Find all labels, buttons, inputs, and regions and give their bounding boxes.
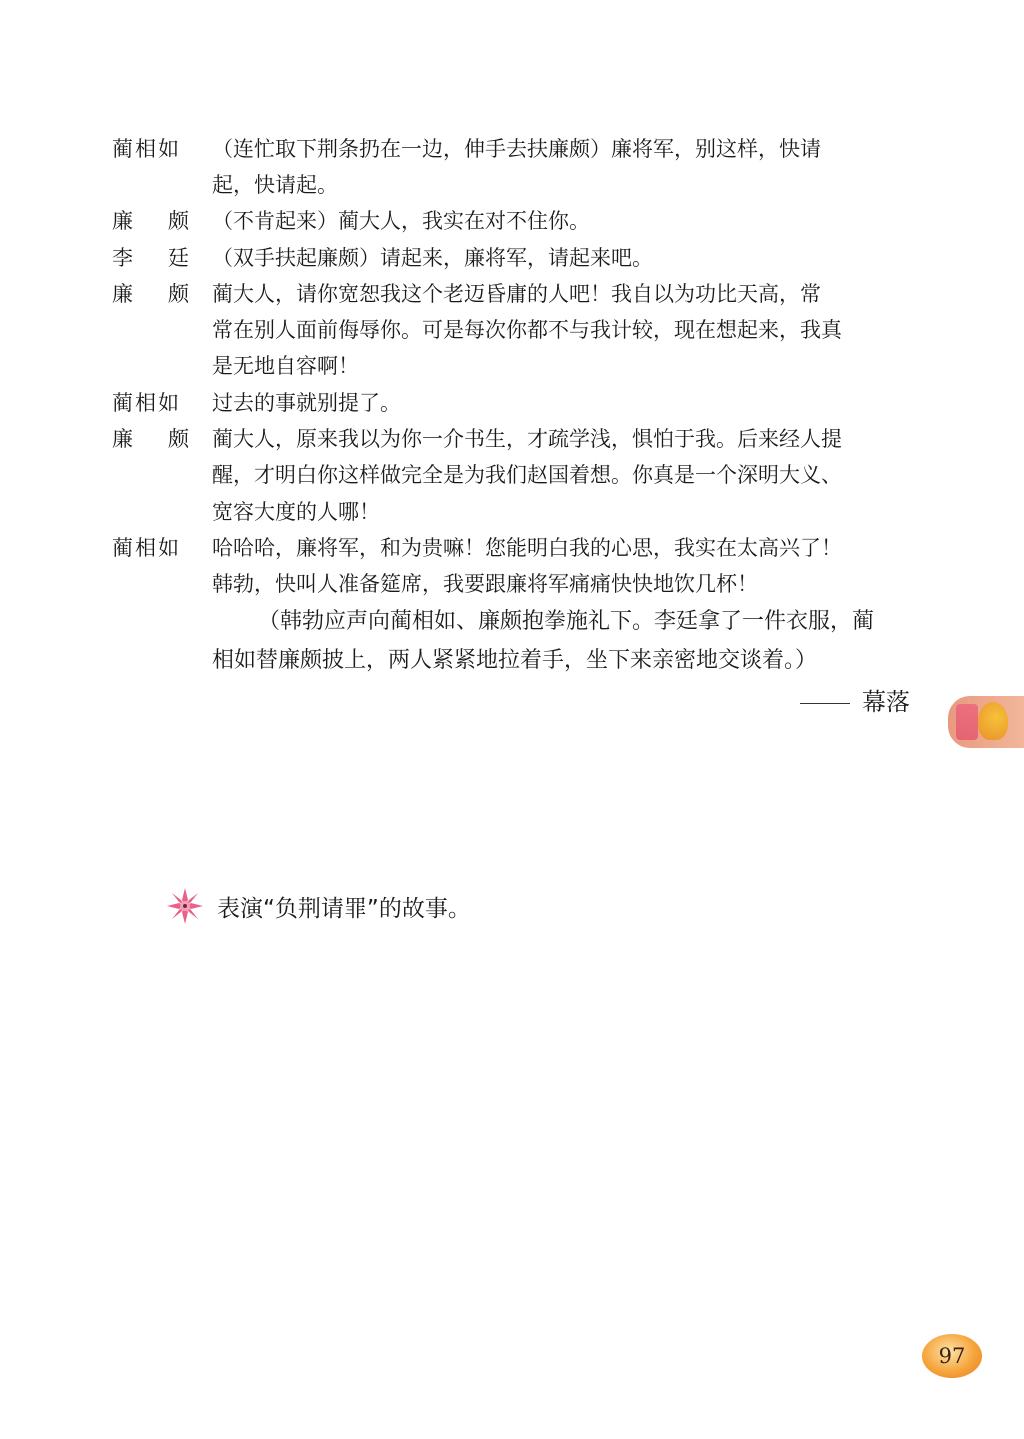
activity-text: 表演“负荆请罪”的故事。: [217, 890, 471, 923]
dialogue-line: 常在别人面前侮辱你。可是每次你都不与我计较，现在想起来，我真: [212, 312, 842, 348]
squirrel-icon: [978, 702, 1008, 740]
speaker-char: 廉: [112, 276, 136, 312]
dialogue-line: （连忙取下荆条扔在一边，伸手去扶廉颇）廉将军，别这样，快请: [212, 131, 821, 167]
dialogue-line: 过去的事就别提了。: [212, 385, 401, 421]
dialogue-line: 起，快请起。: [212, 167, 338, 203]
speaker-char: 廉: [112, 421, 136, 457]
stage-direction-line: （韩勃应声向蔺相如、廉颇抱拳施礼下。李廷拿了一件衣服，蔺: [258, 602, 874, 642]
dialogue-line: 醒，才明白你这样做完全是为我们赵国着想。你真是一个深明大义、: [212, 457, 842, 493]
dialogue-line: 宽容大度的人哪！: [212, 494, 380, 530]
speaker-name: 蔺相如: [112, 530, 192, 566]
speaker-char: 颇: [168, 421, 192, 457]
dialogue-line: （不肯起来）蔺大人，我实在对不住你。: [212, 203, 590, 239]
stage-direction-line: 相如替廉颇披上，两人紧紧地拉着手，坐下来亲密地交谈着。）: [212, 641, 817, 681]
speaker-name: 蔺相如: [112, 385, 192, 421]
dialogue-line: 蔺大人，请你宽恕我这个老迈昏庸的人吧！我自以为功比天高，常: [212, 276, 821, 312]
speaker-name: 廉颇: [112, 421, 192, 457]
dialogue-line: 韩勃，快叫人准备筵席，我要跟廉将军痛痛快快地饮几杯！: [212, 566, 758, 602]
activity-prompt: 表演“负荆请罪”的故事。: [165, 886, 471, 926]
dialogue-line: 哈哈哈，廉将军，和为贵嘛！您能明白我的心思，我实在太高兴了！: [212, 530, 842, 566]
speaker-char: 李: [112, 240, 136, 276]
speaker-name: 李廷: [112, 240, 192, 276]
dialogue-line: 蔺大人，原来我以为你一介书生，才疏学浅，惧怕于我。后来经人提: [212, 421, 842, 457]
flower-icon: [165, 886, 205, 926]
chapter-side-tab: [948, 696, 1024, 748]
tab-decoration-icon: [956, 704, 978, 740]
speaker-name: 蔺相如: [112, 131, 192, 167]
speaker-char: 廉: [112, 203, 136, 239]
speaker-name: 廉颇: [112, 203, 192, 239]
speaker-char: 颇: [168, 203, 192, 239]
page-number-badge: 97: [922, 1334, 982, 1378]
speaker-char: 颇: [168, 276, 192, 312]
page-number: 97: [939, 1344, 966, 1368]
speaker-char: 廷: [168, 240, 192, 276]
speaker-name: 廉颇: [112, 276, 192, 312]
dialogue-line: 是无地自容啊！: [212, 348, 359, 384]
dialogue-line: （双手扶起廉颇）请起来，廉将军，请起来吧。: [212, 240, 653, 276]
curtain-label: 幕落: [862, 688, 910, 716]
em-dash-divider: [800, 703, 850, 704]
curtain-fall: 幕落: [800, 682, 910, 717]
